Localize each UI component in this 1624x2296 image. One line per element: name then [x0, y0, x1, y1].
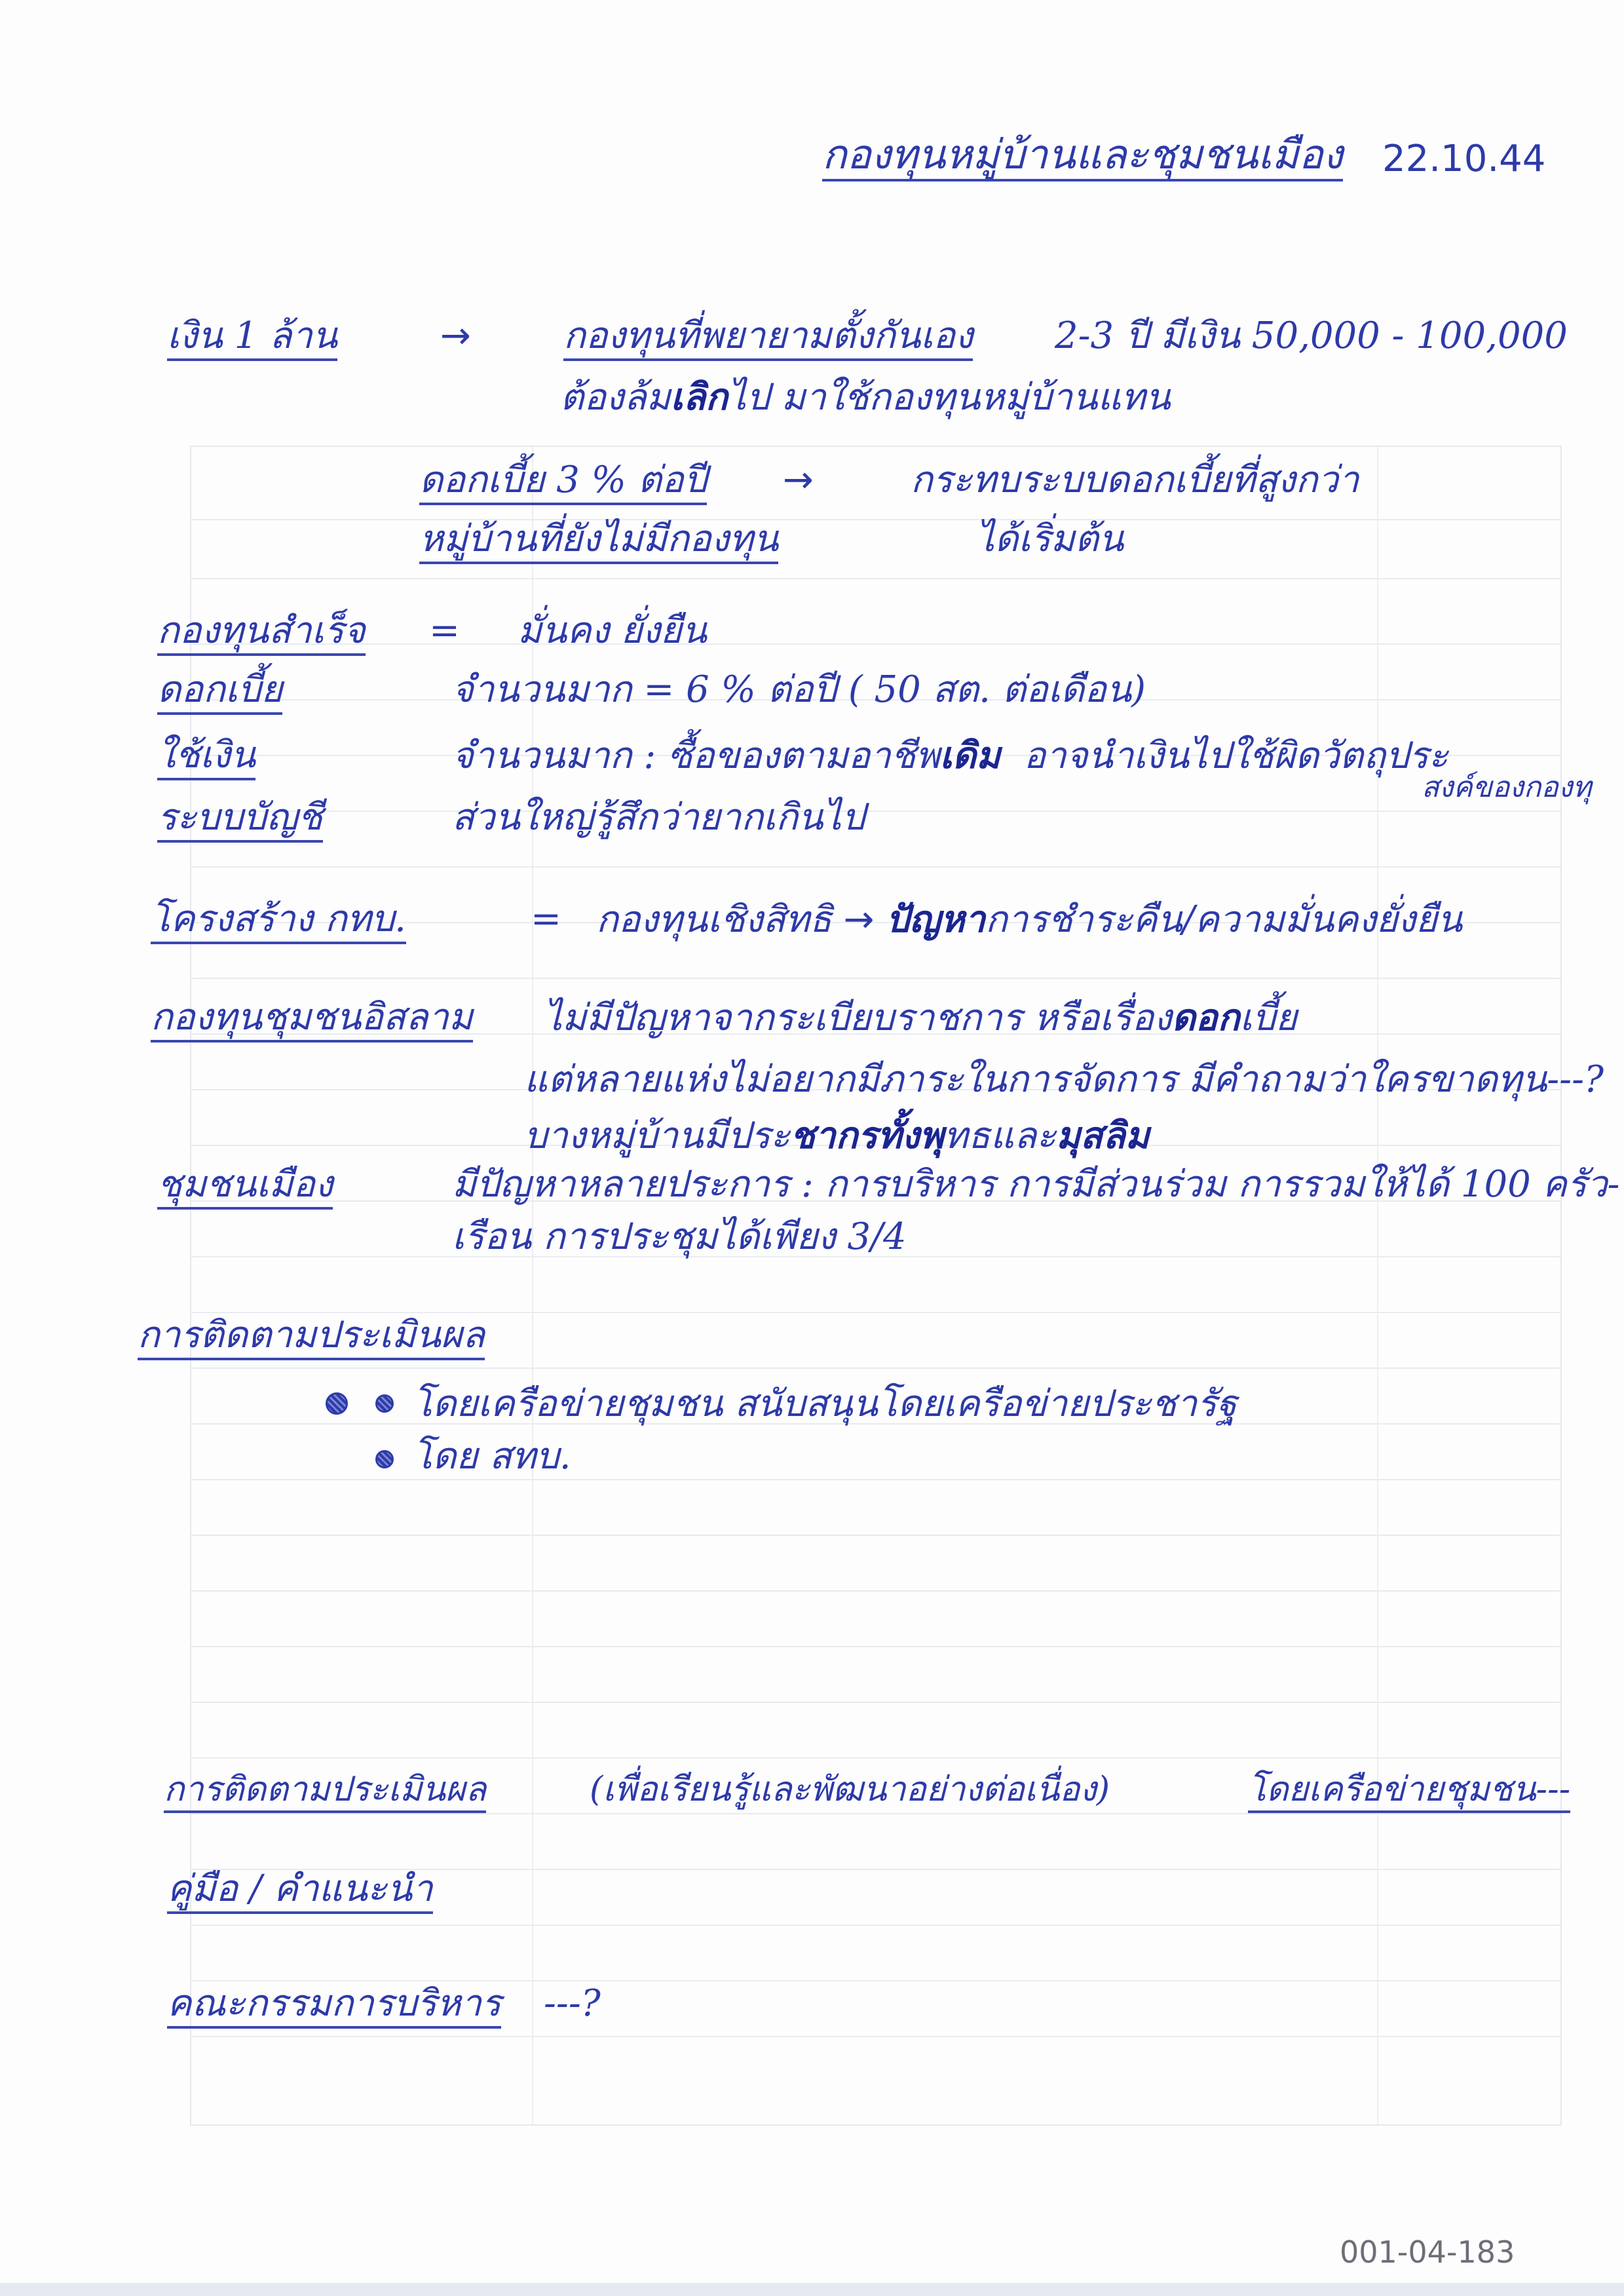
- grid-row-line: [191, 1813, 1560, 1814]
- note-label-one-million: เงิน 1 ล้าน: [167, 318, 337, 361]
- note-text-bold: ปัญหา: [886, 898, 985, 941]
- note-fund-detail: 2-3 ปี มีเงิน 50,000 - 100,000: [1055, 318, 1568, 354]
- note-text: ทธและ: [944, 1115, 1057, 1157]
- bullet-icon: [375, 1450, 394, 1468]
- note-label-accounting: ระบบบัญชี: [157, 799, 323, 843]
- grid-row-line: [191, 811, 1560, 812]
- note-spending-overflow: สงค์ของกองทุ: [1422, 773, 1591, 802]
- note-label-spending: ใช้เงิน: [157, 737, 255, 780]
- evaluation-bullet-community-network: โดยเครือข่ายชุมชน สนับสนุนโดยเครือข่ายปร…: [413, 1386, 1237, 1423]
- note-interest-6-percent: จำนวนมาก = 6 % ต่อปี ( 50 สต. ต่อเดือน): [452, 672, 1146, 708]
- note-spending-detail: จำนวนมาก : ซื้อของตามอาชีพเดิม อาจนำเงิน…: [452, 737, 1448, 775]
- note-label-islamic-fund: กองทุนชุมชนอิสลาม: [151, 999, 473, 1043]
- note-label-structure: โครงสร้าง กทบ.: [151, 901, 406, 944]
- arrow-icon: →: [783, 462, 814, 499]
- note-label-villages-without-fund: หมู่บ้านที่ยังไม่มีกองทุน: [419, 521, 778, 564]
- note-urban-meetings: เรือน การประชุมได้เพียง 3/4: [452, 1219, 907, 1255]
- note-text-bold: เดิม: [940, 734, 1000, 777]
- grid-row-line: [191, 643, 1560, 645]
- document-page: กองทุนหมู่บ้านและชุมชนเมือง 22.10.44 เงิ…: [0, 0, 1624, 2296]
- note-text: กองทุนเชิงสิทธิ: [596, 898, 832, 941]
- grid-row-line: [191, 1590, 1560, 1592]
- note-structure-detail: กองทุนเชิงสิทธิ → ปัญหาการชำระคืน/ความมั…: [596, 901, 1462, 938]
- grid-row-line: [191, 1646, 1560, 1647]
- note-label-manual-guidance: คู่มือ / คำแนะนำ: [167, 1871, 433, 1914]
- grid-row-line: [191, 1980, 1560, 1981]
- note-text: ไป มาใช้กองทุนหมู่บ้านแทน: [728, 376, 1171, 419]
- grid-row-line: [191, 1535, 1560, 1536]
- note-label-monitoring: การติดตามประเมินผล: [164, 1772, 486, 1813]
- grid-row-line: [191, 866, 1560, 868]
- note-islamic-fund-detail: ไม่มีปัญหาจากระเบียบราชการ หรือเรื่องดอก…: [544, 999, 1297, 1037]
- grid-row-line: [191, 1757, 1560, 1759]
- note-text: จำนวนมาก : ซื้อของตามอาชีพ: [452, 735, 940, 777]
- note-text: เบี้ย: [1239, 997, 1297, 1039]
- scan-edge: [0, 2283, 1624, 2296]
- note-text: บางหมู่บ้านมีประ: [524, 1115, 790, 1157]
- note-text: ต้องล้ม: [560, 376, 671, 419]
- note-label-successful-fund: กองทุนสำเร็จ: [157, 613, 366, 656]
- grid-row-line: [191, 1924, 1560, 1926]
- equals-sign: =: [429, 613, 460, 649]
- grid-row-line: [191, 1312, 1560, 1313]
- note-label-interest: ดอกเบี้ย: [157, 672, 282, 715]
- document-title: กองทุนหมู่บ้านและชุมชนเมือง: [822, 134, 1343, 182]
- note-villages-start: ได้เริ่มต้น: [976, 521, 1124, 558]
- note-label-interest-3: ดอกเบี้ย 3 % ต่อปี: [419, 462, 707, 505]
- document-date: 22.10.44: [1382, 141, 1545, 178]
- note-interest-impact: กระทบระบบดอกเบี้ยที่สูงกว่า: [911, 462, 1359, 499]
- arrow-icon: →: [844, 898, 875, 941]
- grid-row-line: [191, 2036, 1560, 2037]
- note-monitoring-by-network: โดยเครือข่ายชุมชน---: [1248, 1772, 1570, 1813]
- bullet-icon: [326, 1392, 348, 1415]
- equals-sign: =: [531, 901, 561, 938]
- note-urban-problems: มีปัญหาหลายประการ : การบริหาร การมีส่วนร…: [452, 1166, 1619, 1203]
- note-mixed-population: บางหมู่บ้านมีประชากรทั้งพุทธและมุสลิม: [524, 1117, 1150, 1155]
- note-label-urban-community: ชุมชนเมือง: [157, 1166, 333, 1210]
- note-text: อาจนำเงินไปใช้ผิดวัตถุประ: [1024, 735, 1448, 777]
- evaluation-heading: การติดตามประเมินผล: [138, 1317, 485, 1360]
- note-label-committee: คณะกรรมการบริหาร: [167, 1985, 501, 2029]
- bullet-icon: [375, 1394, 394, 1413]
- grid-row-line: [191, 1702, 1560, 1703]
- grid-row-line: [191, 519, 1560, 520]
- grid-row-line: [191, 1479, 1560, 1480]
- note-accounting-difficult: ส่วนใหญ่รู้สึกว่ายากเกินไป: [452, 799, 865, 836]
- note-committee-question: ---?: [544, 1985, 601, 2022]
- note-stable-sustainable: มั่นคง ยั่งยืน: [518, 613, 707, 649]
- note-text: ไม่มีปัญหาจากระเบียบราชการ หรือเรื่อง: [544, 997, 1172, 1039]
- note-text-bold: ชากรทั้งพุ: [790, 1114, 944, 1157]
- grid-column-line: [1377, 447, 1378, 2124]
- note-fund-self-established: กองทุนที่พยายามตั้งกันเอง: [563, 318, 973, 361]
- note-text: การชำระคืน/ความมั่นคงยั่งยืน: [985, 898, 1462, 941]
- evaluation-bullet-nvcf: โดย สทบ.: [413, 1438, 571, 1475]
- document-number: 001-04-183: [1340, 2234, 1515, 2270]
- note-text-bold: ดอก: [1172, 996, 1240, 1039]
- note-text-bold: มุสลิม: [1056, 1114, 1149, 1157]
- note-line-collapse: ต้องล้มเลิกไป มาใช้กองทุนหมู่บ้านแทน: [560, 379, 1171, 416]
- note-text-bold: เลิก: [671, 375, 728, 419]
- arrow-icon: →: [440, 318, 471, 354]
- grid-row-line: [191, 1368, 1560, 1369]
- note-islamic-fund-concern: แต่หลายแห่งไม่อยากมีภาระในการจัดการ มีคำ…: [524, 1062, 1604, 1098]
- grid-row-line: [191, 578, 1560, 579]
- note-monitoring-purpose: (เพื่อเรียนรู้และพัฒนาอย่างต่อเนื่อง): [590, 1772, 1110, 1807]
- grid-row-line: [191, 978, 1560, 979]
